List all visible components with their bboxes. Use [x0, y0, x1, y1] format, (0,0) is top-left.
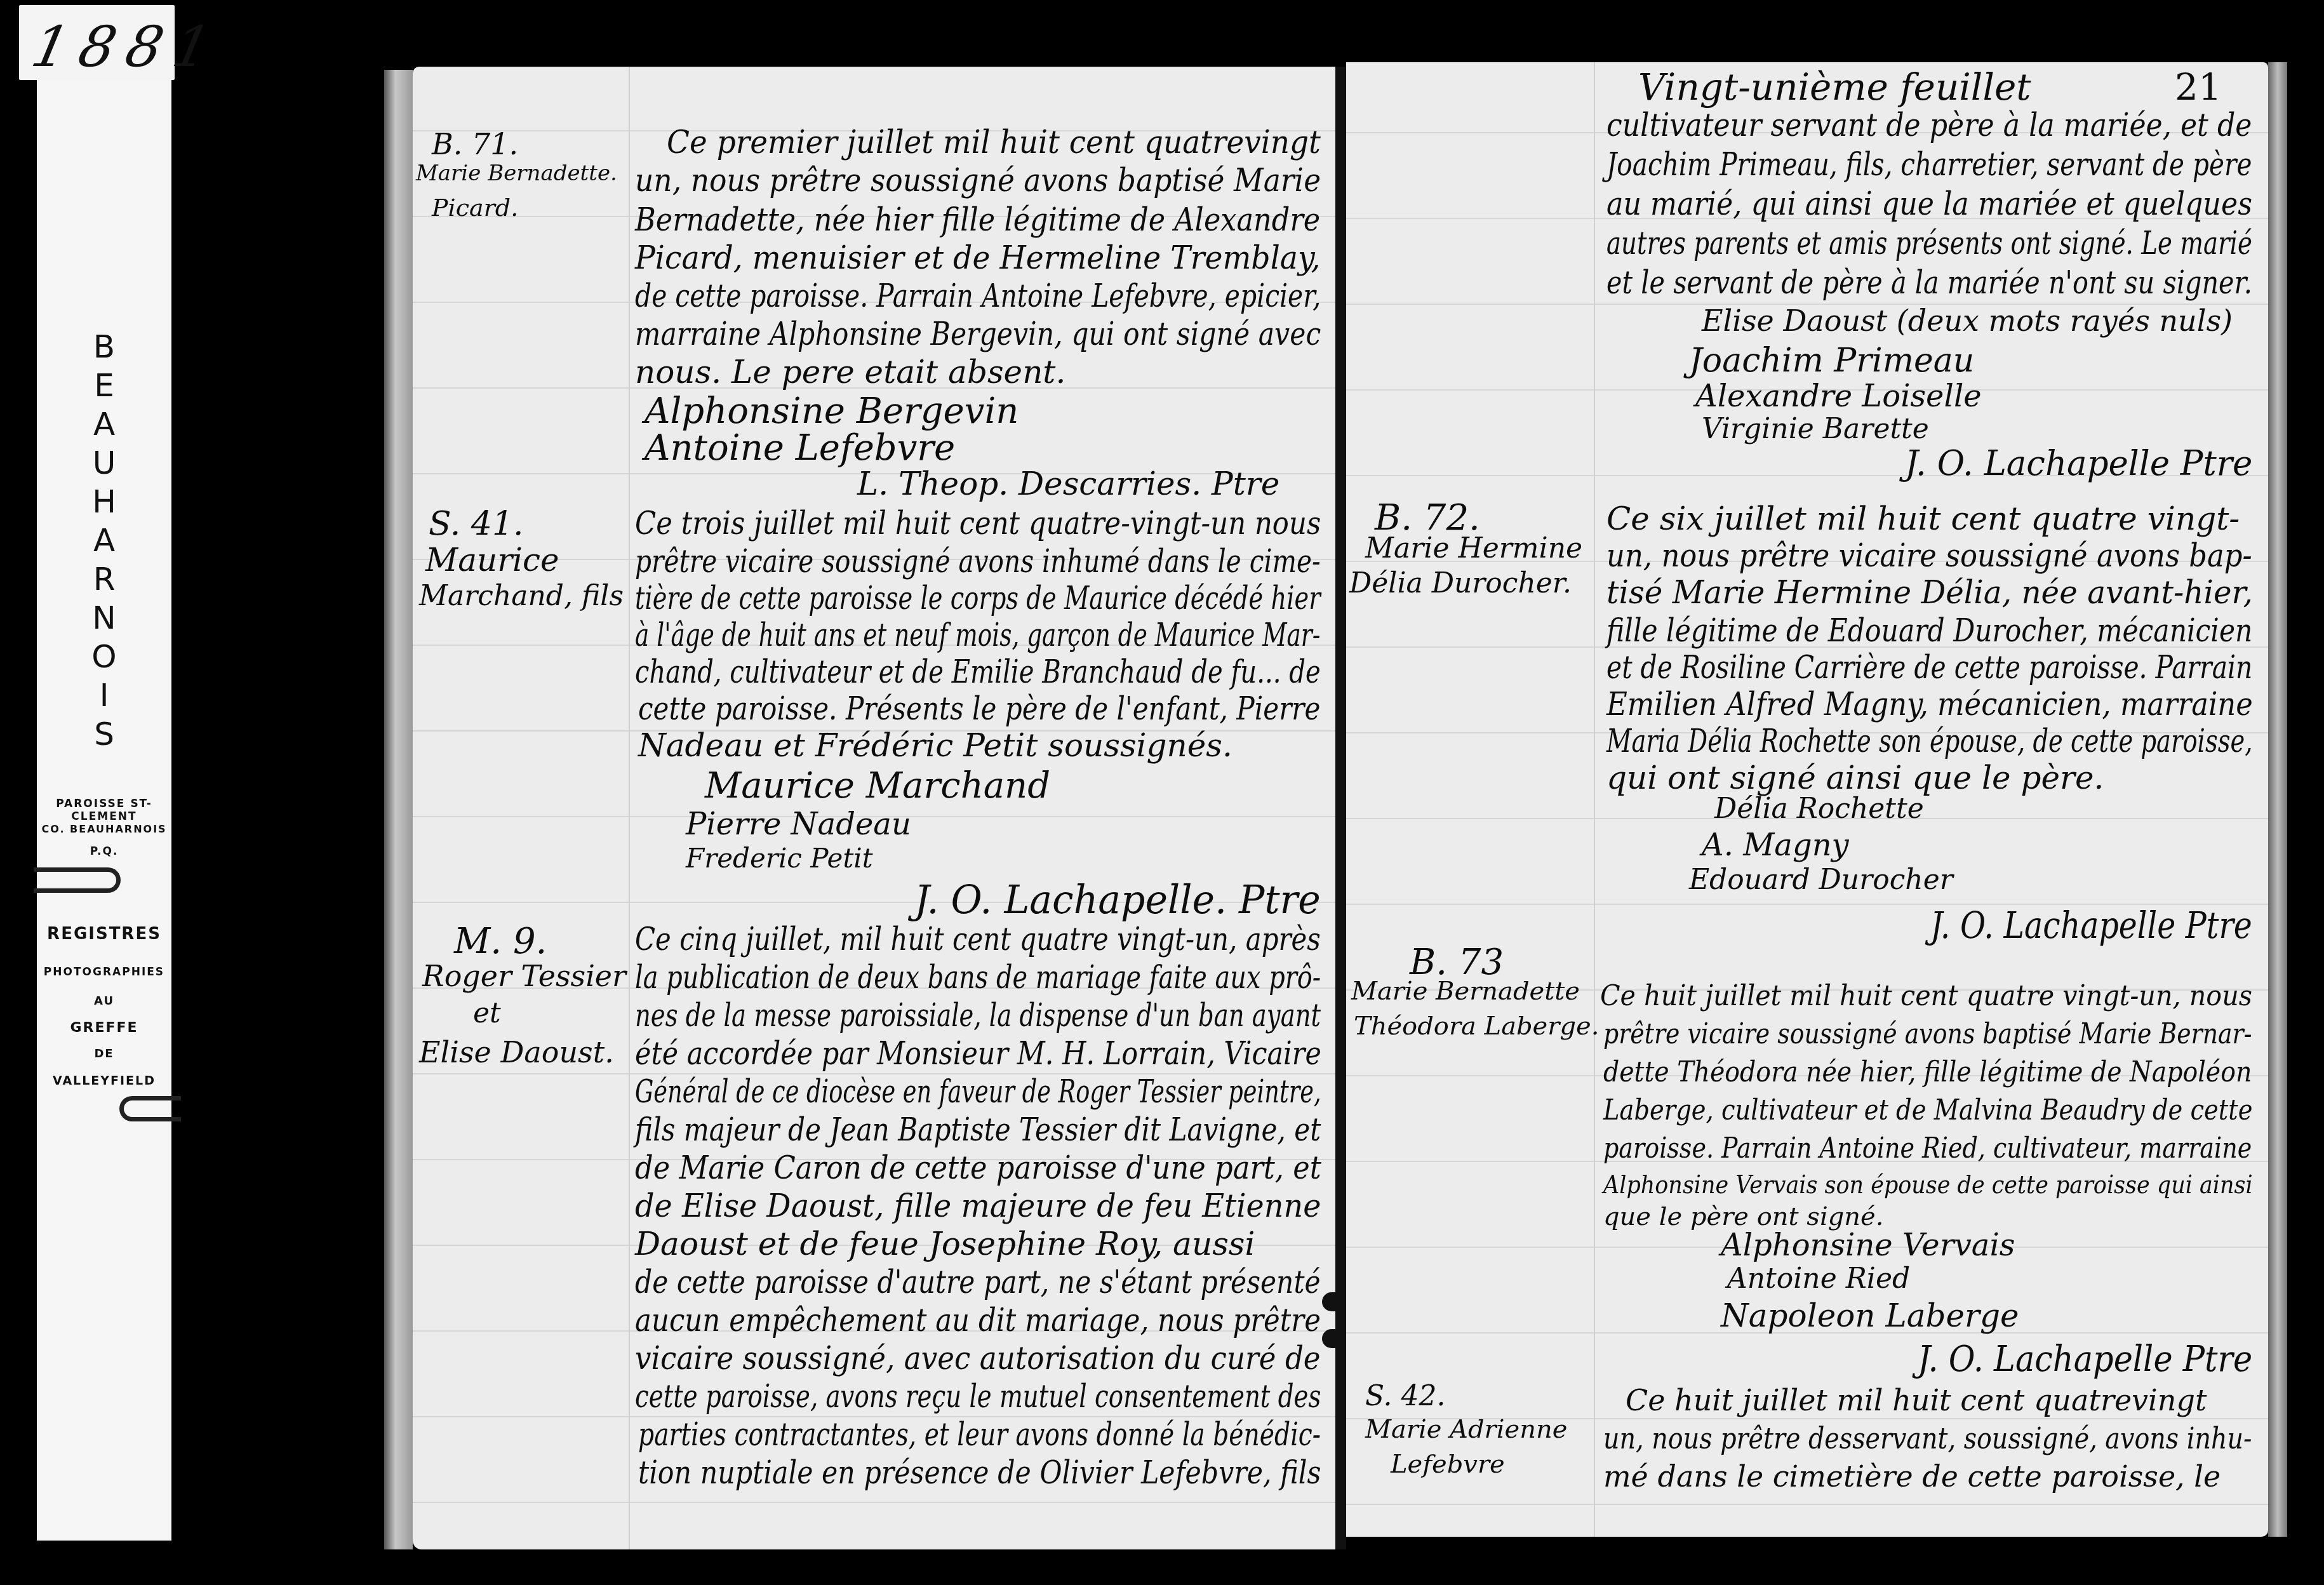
letter: A: [93, 521, 115, 560]
priest-signature: L. Theop. Descarries. Ptre: [857, 465, 1279, 502]
body-line: de Marie Caron de cette paroisse d'une p…: [635, 1149, 1321, 1186]
body-line: de cette paroisse. Parrain Antoine Lefeb…: [635, 278, 1321, 314]
body-line: un, nous prêtre desservant, soussigné, a…: [1603, 1421, 2252, 1455]
body-line: Daoust et de feue Josephine Roy, aussi: [635, 1226, 1255, 1262]
parish-label: PAROISSE ST-CLEMENT: [37, 798, 171, 823]
signature: Edouard Durocher: [1689, 864, 1953, 896]
body-line: chand, cultivateur et de Emilie Branchau…: [635, 653, 1321, 690]
signature: Alexandre Loiselle: [1695, 378, 1982, 414]
margin-name: Maurice: [425, 542, 559, 578]
letter: R: [93, 560, 116, 599]
priest-signature: J. O. Lachapelle. Ptre: [914, 876, 1321, 923]
body-line: à l'âge de huit ans et neuf mois, garçon…: [635, 617, 1320, 653]
body-line: qui ont signé ainsi que le père.: [1606, 759, 2104, 796]
signature: Délia Rochette: [1714, 792, 1924, 825]
body-line: parties contractantes, et leur avons don…: [638, 1416, 1321, 1453]
margin-name: Théodora Laberge.: [1354, 1012, 1599, 1041]
body-line: Ce premier juillet mil huit cent quatrev…: [667, 124, 1321, 161]
body-line: nous. Le pere etait absent.: [635, 354, 1065, 391]
body-line: dette Théodora née hier, fille légitime …: [1603, 1056, 2252, 1088]
letter: H: [92, 483, 116, 521]
margin-name: Marie Bernadette.: [416, 161, 617, 186]
letter: U: [93, 444, 116, 483]
body-line: paroisse. Parrain Antoine Ried, cultivat…: [1603, 1132, 2252, 1165]
body-line: marraine Alphonsine Bergevin, qui ont si…: [635, 316, 1321, 352]
letter: S: [94, 715, 114, 754]
signature: Napoleon Laberge: [1721, 1297, 2019, 1334]
body-line: été accordée par Monsieur M. H. Lorrain,…: [635, 1035, 1321, 1072]
county-label: CO. BEAUHARNOIS: [37, 823, 171, 835]
body-line: Bernadette, née hier fille légitime de A…: [635, 201, 1320, 238]
priest-signature: J. O. Lachapelle Ptre: [1930, 904, 2252, 947]
margin-rule: [1594, 62, 1595, 1537]
body-line: et de Rosiline Carrière de cette paroiss…: [1606, 649, 2252, 686]
margin-name: Marie Bernadette: [1351, 977, 1580, 1006]
body-line: vicaire soussigné, avec autorisation du …: [635, 1340, 1321, 1377]
letter: I: [100, 676, 109, 715]
body-line: Maria Délia Rochette son épouse, de cett…: [1606, 723, 2252, 759]
body-line: Ce six juillet mil huit cent quatre ving…: [1606, 500, 2240, 537]
signature: Alphonsine Bergevin: [644, 391, 1018, 432]
de-label: DE: [37, 1047, 171, 1060]
body-line: Picard, menuisier et de Hermeline Trembl…: [635, 239, 1321, 276]
body-line: prêtre vicaire soussigné avons inhumé da…: [635, 543, 1321, 580]
letter: A: [93, 405, 115, 444]
priest-signature: J. O. Lachapelle Ptre: [1918, 1339, 2252, 1380]
body-line: cultivateur servant de père à la mariée,…: [1606, 107, 2252, 144]
body-line: tière de cette paroisse le corps de Maur…: [635, 580, 1321, 617]
letter: B: [93, 328, 115, 366]
signature: Antoine Ried: [1727, 1262, 1910, 1295]
book-edge-left: [384, 70, 413, 1549]
body-line: la publication de deux bans de mariage f…: [635, 959, 1321, 996]
left-page: B. 71. Marie Bernadette. Picard. Ce prem…: [413, 67, 1337, 1549]
folio-header: Vingt-unième feuillet: [1638, 65, 2031, 109]
body-line: Ce cinq juillet, mil huit cent quatre vi…: [635, 921, 1321, 958]
signature: Antoine Lefebvre: [644, 427, 955, 469]
body-line: de Elise Daoust, fille majeure de feu Et…: [635, 1187, 1321, 1224]
greffe-label: GREFFE: [37, 1020, 171, 1036]
entry-number: M. 9.: [454, 921, 547, 962]
body-line: autres parents et amis présents ont sign…: [1606, 225, 2252, 262]
body-line: un, nous prêtre vicaire soussigné avons …: [1606, 537, 2252, 574]
margin-name: Roger Tessier: [422, 959, 626, 993]
margin-name: Marchand, fils: [419, 580, 624, 612]
margin-name: Délia Durocher.: [1349, 567, 1572, 599]
body-line: cette paroisse. Présents le père de l'en…: [638, 690, 1320, 727]
year-label: 1881: [26, 14, 228, 79]
body-line: Joachim Primeau, fils, charretier, serva…: [1606, 146, 2252, 183]
priest-signature: J. O. Lachapelle Ptre: [1905, 443, 2252, 483]
signature: Joachim Primeau: [1689, 342, 1974, 380]
body-line: Laberge, cultivateur et de Malvina Beaud…: [1603, 1094, 2252, 1127]
parish-name-vertical: B E A U H A R N O I S: [37, 328, 171, 754]
body-line: Général de ce diocèse en faveur de Roger…: [635, 1073, 1321, 1110]
page-number: 21: [2175, 65, 2222, 109]
margin-name: Marie Adrienne: [1365, 1415, 1567, 1444]
body-line: mé dans le cimetière de cette paroisse, …: [1603, 1459, 2220, 1494]
paper-clip-icon: [34, 867, 121, 893]
letter: N: [92, 599, 116, 638]
registres-label: REGISTRES: [37, 925, 171, 944]
body-line: et le servant de père à la mariée n'ont …: [1606, 264, 2252, 301]
letter: E: [94, 366, 114, 405]
body-line: fils majeur de Jean Baptiste Tessier dit…: [635, 1111, 1321, 1148]
book-edge-right: [2268, 62, 2287, 1537]
margin-name: Elise Daoust.: [419, 1035, 614, 1069]
year-tag: 1881: [19, 5, 175, 80]
photographies-label: PHOTOGRAPHIES: [37, 966, 171, 979]
body-line: Nadeau et Frédéric Petit soussignés.: [638, 727, 1232, 764]
entry-number: S. 42.: [1365, 1380, 1446, 1412]
right-page: Vingt-unième feuillet 21 cultivateur ser…: [1346, 62, 2268, 1537]
margin-name: Picard.: [432, 194, 518, 222]
province-label: P.Q.: [37, 845, 171, 858]
body-line: prêtre vicaire soussigné avons baptisé M…: [1603, 1018, 2252, 1050]
signature: Frederic Petit: [686, 843, 873, 874]
body-line: un, nous prêtre soussigné avons baptisé …: [635, 162, 1321, 199]
entry-number: B. 71.: [432, 127, 518, 161]
paper-clip-icon: [119, 1096, 181, 1121]
signature: Pierre Nadeau: [686, 806, 911, 842]
margin-rule: [629, 67, 630, 1549]
body-line: nes de la messe paroissiale, la dispense…: [635, 997, 1321, 1034]
body-line: aucun empêchement au dit mariage, nous p…: [635, 1302, 1321, 1339]
margin-name: Lefebvre: [1391, 1450, 1505, 1479]
signature: Maurice Marchand: [705, 765, 1050, 806]
entry-number: S. 41.: [429, 505, 524, 543]
body-line: Alphonsine Vervais son épouse de cette p…: [1603, 1170, 2253, 1200]
archive-label-strip: B E A U H A R N O I S PAROISSE ST-CLEMEN…: [37, 80, 171, 1541]
signature: Elise Daoust (deux mots rayés nuls): [1702, 304, 2233, 338]
au-label: AU: [37, 994, 171, 1008]
signature: Alphonsine Vervais: [1721, 1227, 2015, 1263]
letter: O: [91, 638, 116, 676]
margin-conjunction: et: [473, 997, 501, 1029]
body-line: de cette paroisse d'autre part, ne s'éta…: [635, 1264, 1321, 1301]
body-line: cette paroisse, avons reçu le mutuel con…: [635, 1378, 1321, 1415]
body-line: tisé Marie Hermine Délia, née avant-hier…: [1606, 574, 2253, 611]
body-line: Ce huit juillet mil huit cent quatreving…: [1626, 1383, 2207, 1417]
margin-name: Marie Hermine: [1365, 532, 1582, 565]
body-line: Ce huit juillet mil huit cent quatre vin…: [1600, 980, 2252, 1012]
signature: Virginie Barette: [1702, 413, 1929, 445]
body-line: au marié, qui ainsi que la mariée et que…: [1606, 185, 2252, 222]
body-line: Ce trois juillet mil huit cent quatre-vi…: [635, 505, 1321, 542]
body-line: Emilien Alfred Magny, mécanicien, marrai…: [1606, 686, 2253, 723]
body-line: tion nuptiale en présence de Olivier Lef…: [638, 1454, 1321, 1491]
body-line: fille légitime de Edouard Durocher, méca…: [1606, 612, 2252, 649]
book-gutter: [1335, 67, 1346, 1549]
signature: A. Magny: [1702, 827, 1849, 863]
valleyfield-label: VALLEYFIELD: [37, 1074, 171, 1088]
